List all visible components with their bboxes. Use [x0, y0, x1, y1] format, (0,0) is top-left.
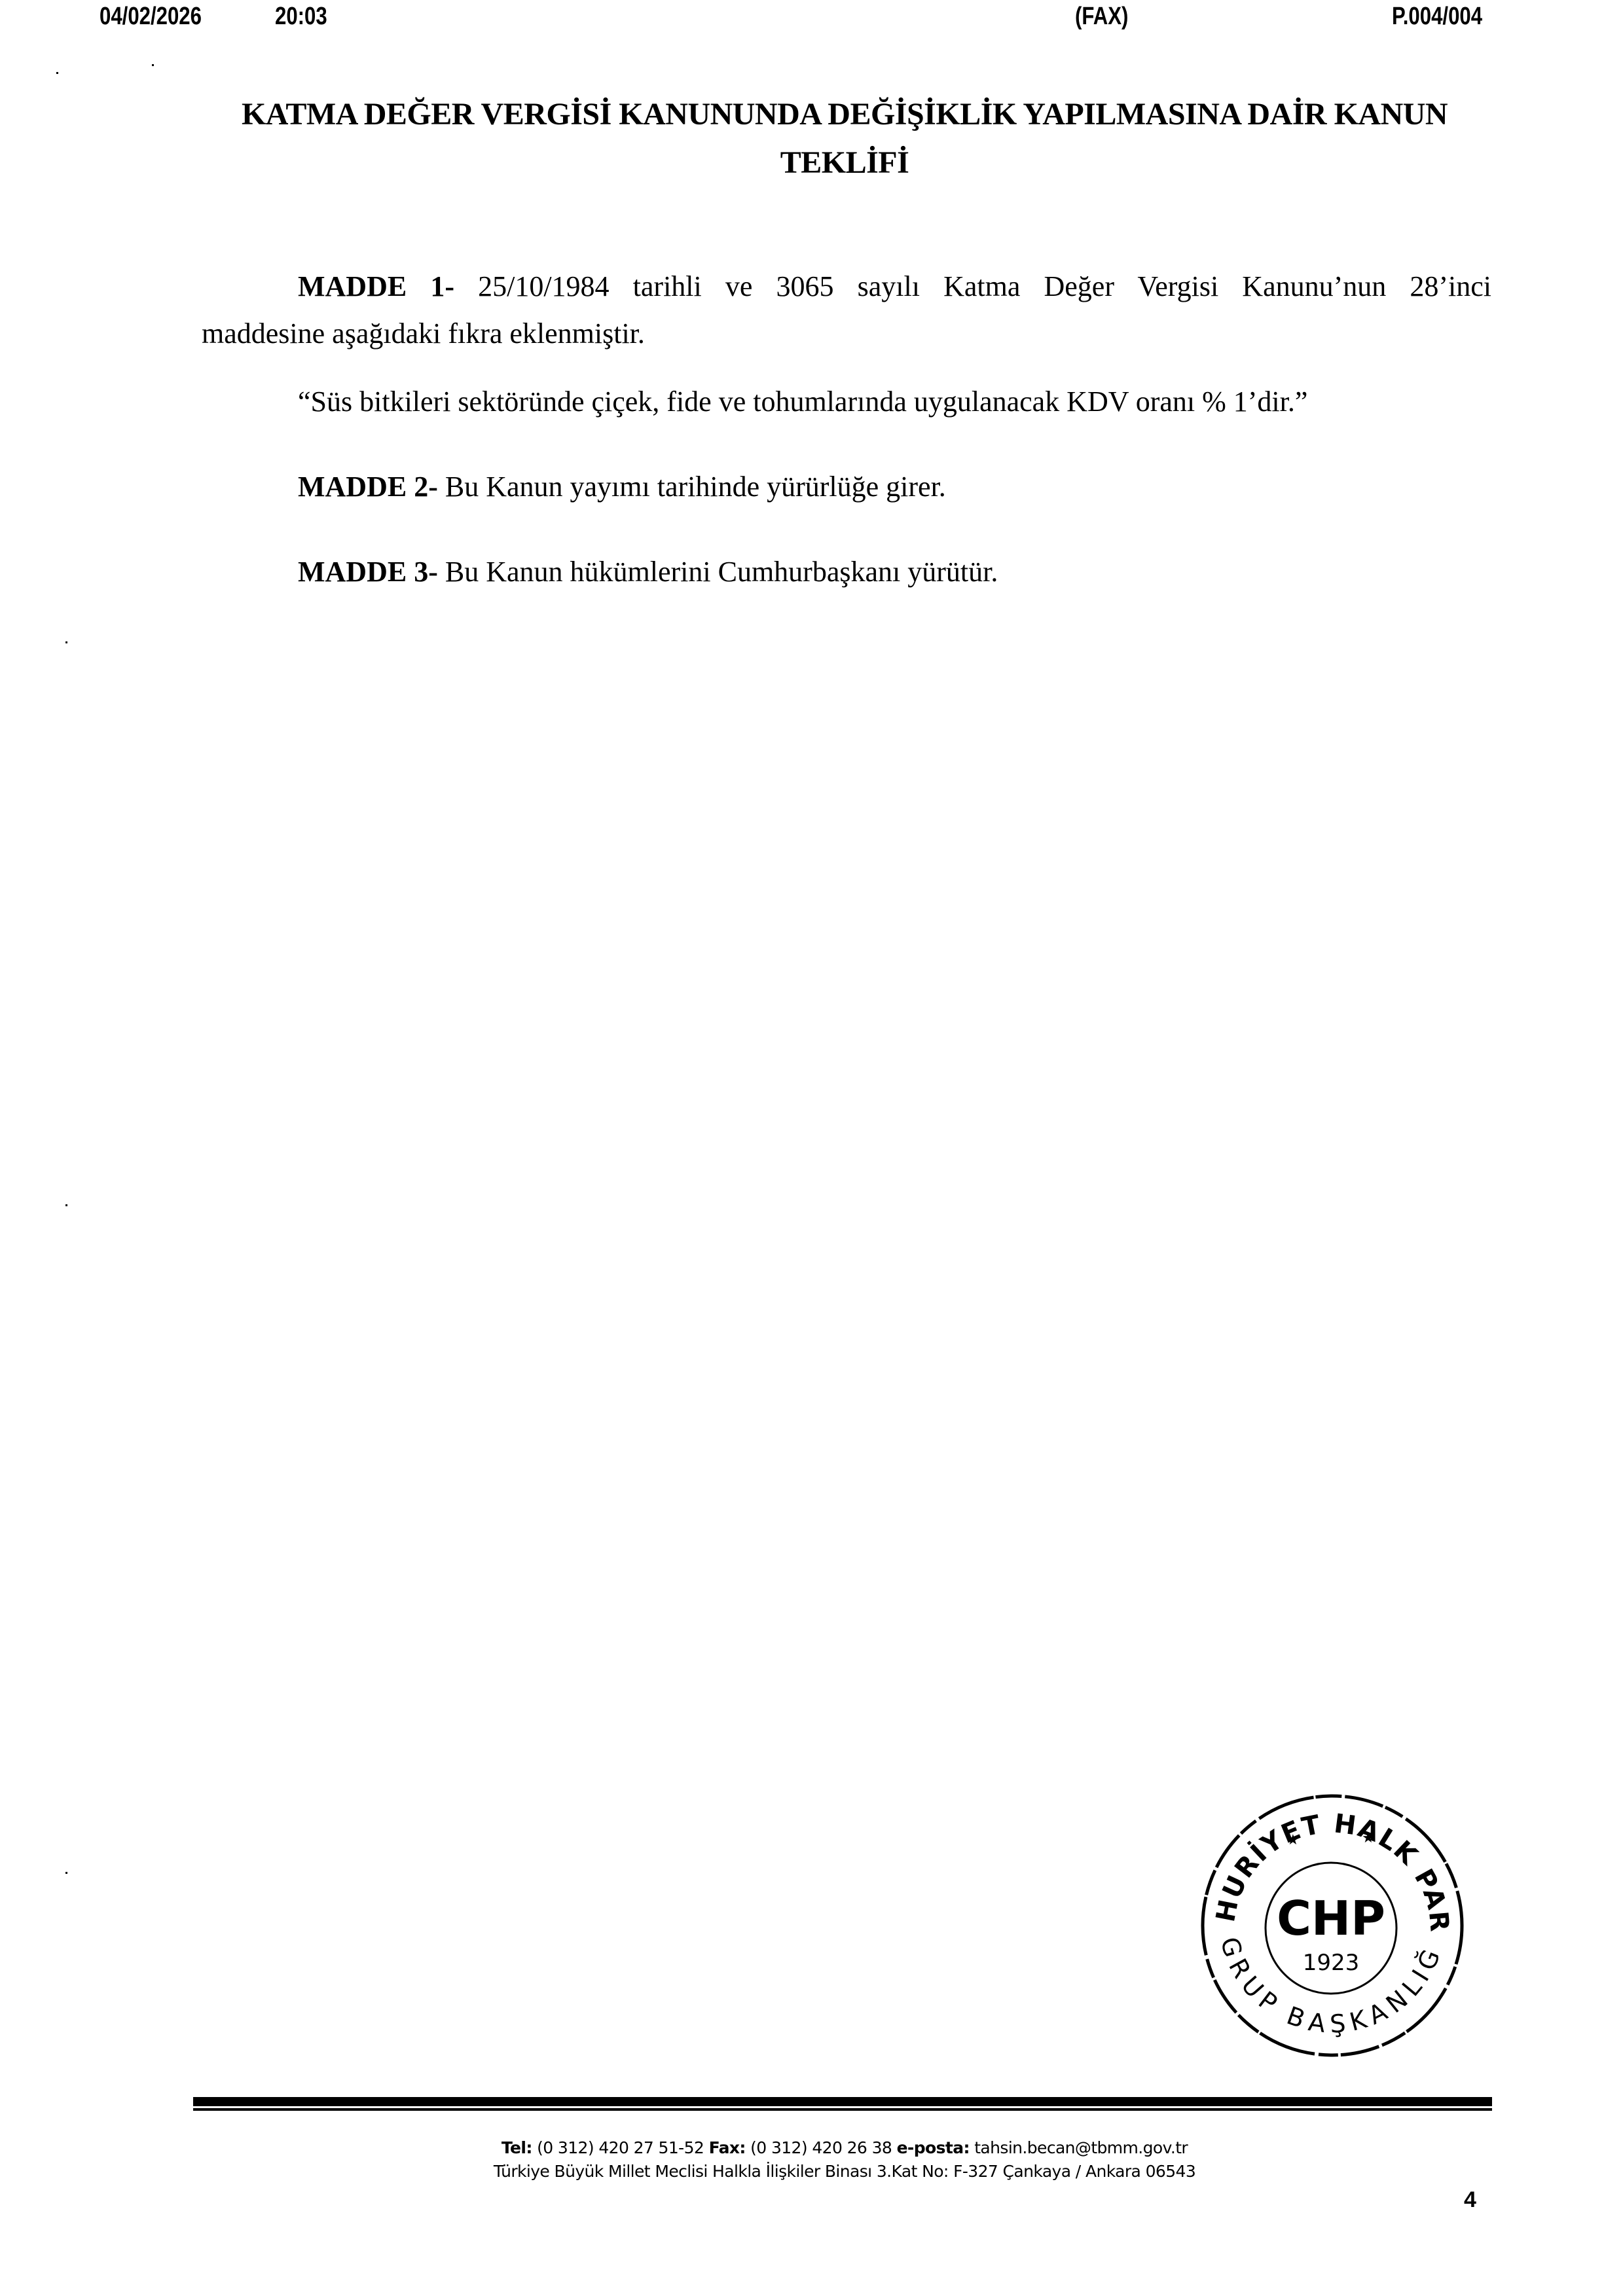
- scan-speck: [65, 1204, 67, 1206]
- document-title: KATMA DEĞER VERGİSİ KANUNUNDA DEĞİŞİKLİK…: [196, 90, 1493, 187]
- footer-fax-label: Fax:: [709, 2138, 746, 2157]
- document-title-line-1: KATMA DEĞER VERGİSİ KANUNUNDA DEĞİŞİKLİK…: [196, 90, 1493, 139]
- page-number: 4: [1464, 2187, 1476, 2213]
- footer-contact-line: Tel: (0 312) 420 27 51-52 Fax: (0 312) 4…: [196, 2138, 1493, 2157]
- article-2-text: Bu Kanun yayımı tarihinde yürürlüğe gire…: [445, 471, 946, 503]
- article-1-continuation: maddesine aşağıdaki fıkra eklenmiştir.: [202, 317, 645, 350]
- fax-transmission-header: 04/02/2026 20:03 (FAX) P.004/004: [0, 3, 1623, 42]
- stamp-star-icon: ★: [1286, 1832, 1300, 1848]
- scan-speck: [65, 641, 67, 643]
- article-1-label: MADDE 1-: [298, 270, 454, 302]
- scan-speck: [152, 64, 154, 66]
- article-2: MADDE 2- Bu Kanun yayımı tarihinde yürür…: [298, 470, 946, 503]
- fax-date: 04/02/2026: [100, 3, 202, 31]
- footer-email-label: e-posta:: [897, 2138, 970, 2157]
- added-paragraph-quote: “Süs bitkileri sektöründe çiçek, fide ve…: [298, 385, 1307, 418]
- fax-page-counter: P.004/004: [1392, 3, 1482, 31]
- scan-speck: [65, 1872, 67, 1874]
- stamp-star-icon: ★: [1362, 1830, 1375, 1846]
- fax-mode: (FAX): [1075, 3, 1128, 31]
- article-1: MADDE 1- 25/10/1984 tarihli ve 3065 sayı…: [298, 270, 1491, 303]
- article-3-label: MADDE 3-: [298, 556, 438, 588]
- footer-email: tahsin.becan@tbmm.gov.tr: [974, 2138, 1188, 2157]
- document-title-line-2: TEKLİFİ: [196, 139, 1493, 187]
- stamp-center-text: CHP: [1277, 1891, 1385, 1946]
- stamp-year: 1923: [1303, 1950, 1360, 1976]
- footer-address: Türkiye Büyük Millet Meclisi Halkla İliş…: [196, 2162, 1493, 2181]
- article-3: MADDE 3- Bu Kanun hükümlerini Cumhurbaşk…: [298, 555, 998, 588]
- party-seal-stamp-icon: CUMHURİYET HALK PARTİSİ GRUP BAŞKANLIĞI …: [1188, 1780, 1476, 2068]
- fax-time: 20:03: [275, 3, 327, 31]
- footer-divider-thin: [193, 2108, 1492, 2111]
- footer-fax: (0 312) 420 26 38: [750, 2138, 892, 2157]
- article-3-text: Bu Kanun hükümlerini Cumhurbaşkanı yürüt…: [445, 556, 998, 588]
- footer-tel: (0 312) 420 27 51-52: [537, 2138, 704, 2157]
- article-2-label: MADDE 2-: [298, 471, 438, 503]
- article-1-text: 25/10/1984 tarihli ve 3065 sayılı Katma …: [478, 270, 1491, 302]
- scan-speck: [56, 72, 58, 74]
- footer-tel-label: Tel:: [501, 2138, 532, 2157]
- footer-divider-thick: [193, 2097, 1492, 2106]
